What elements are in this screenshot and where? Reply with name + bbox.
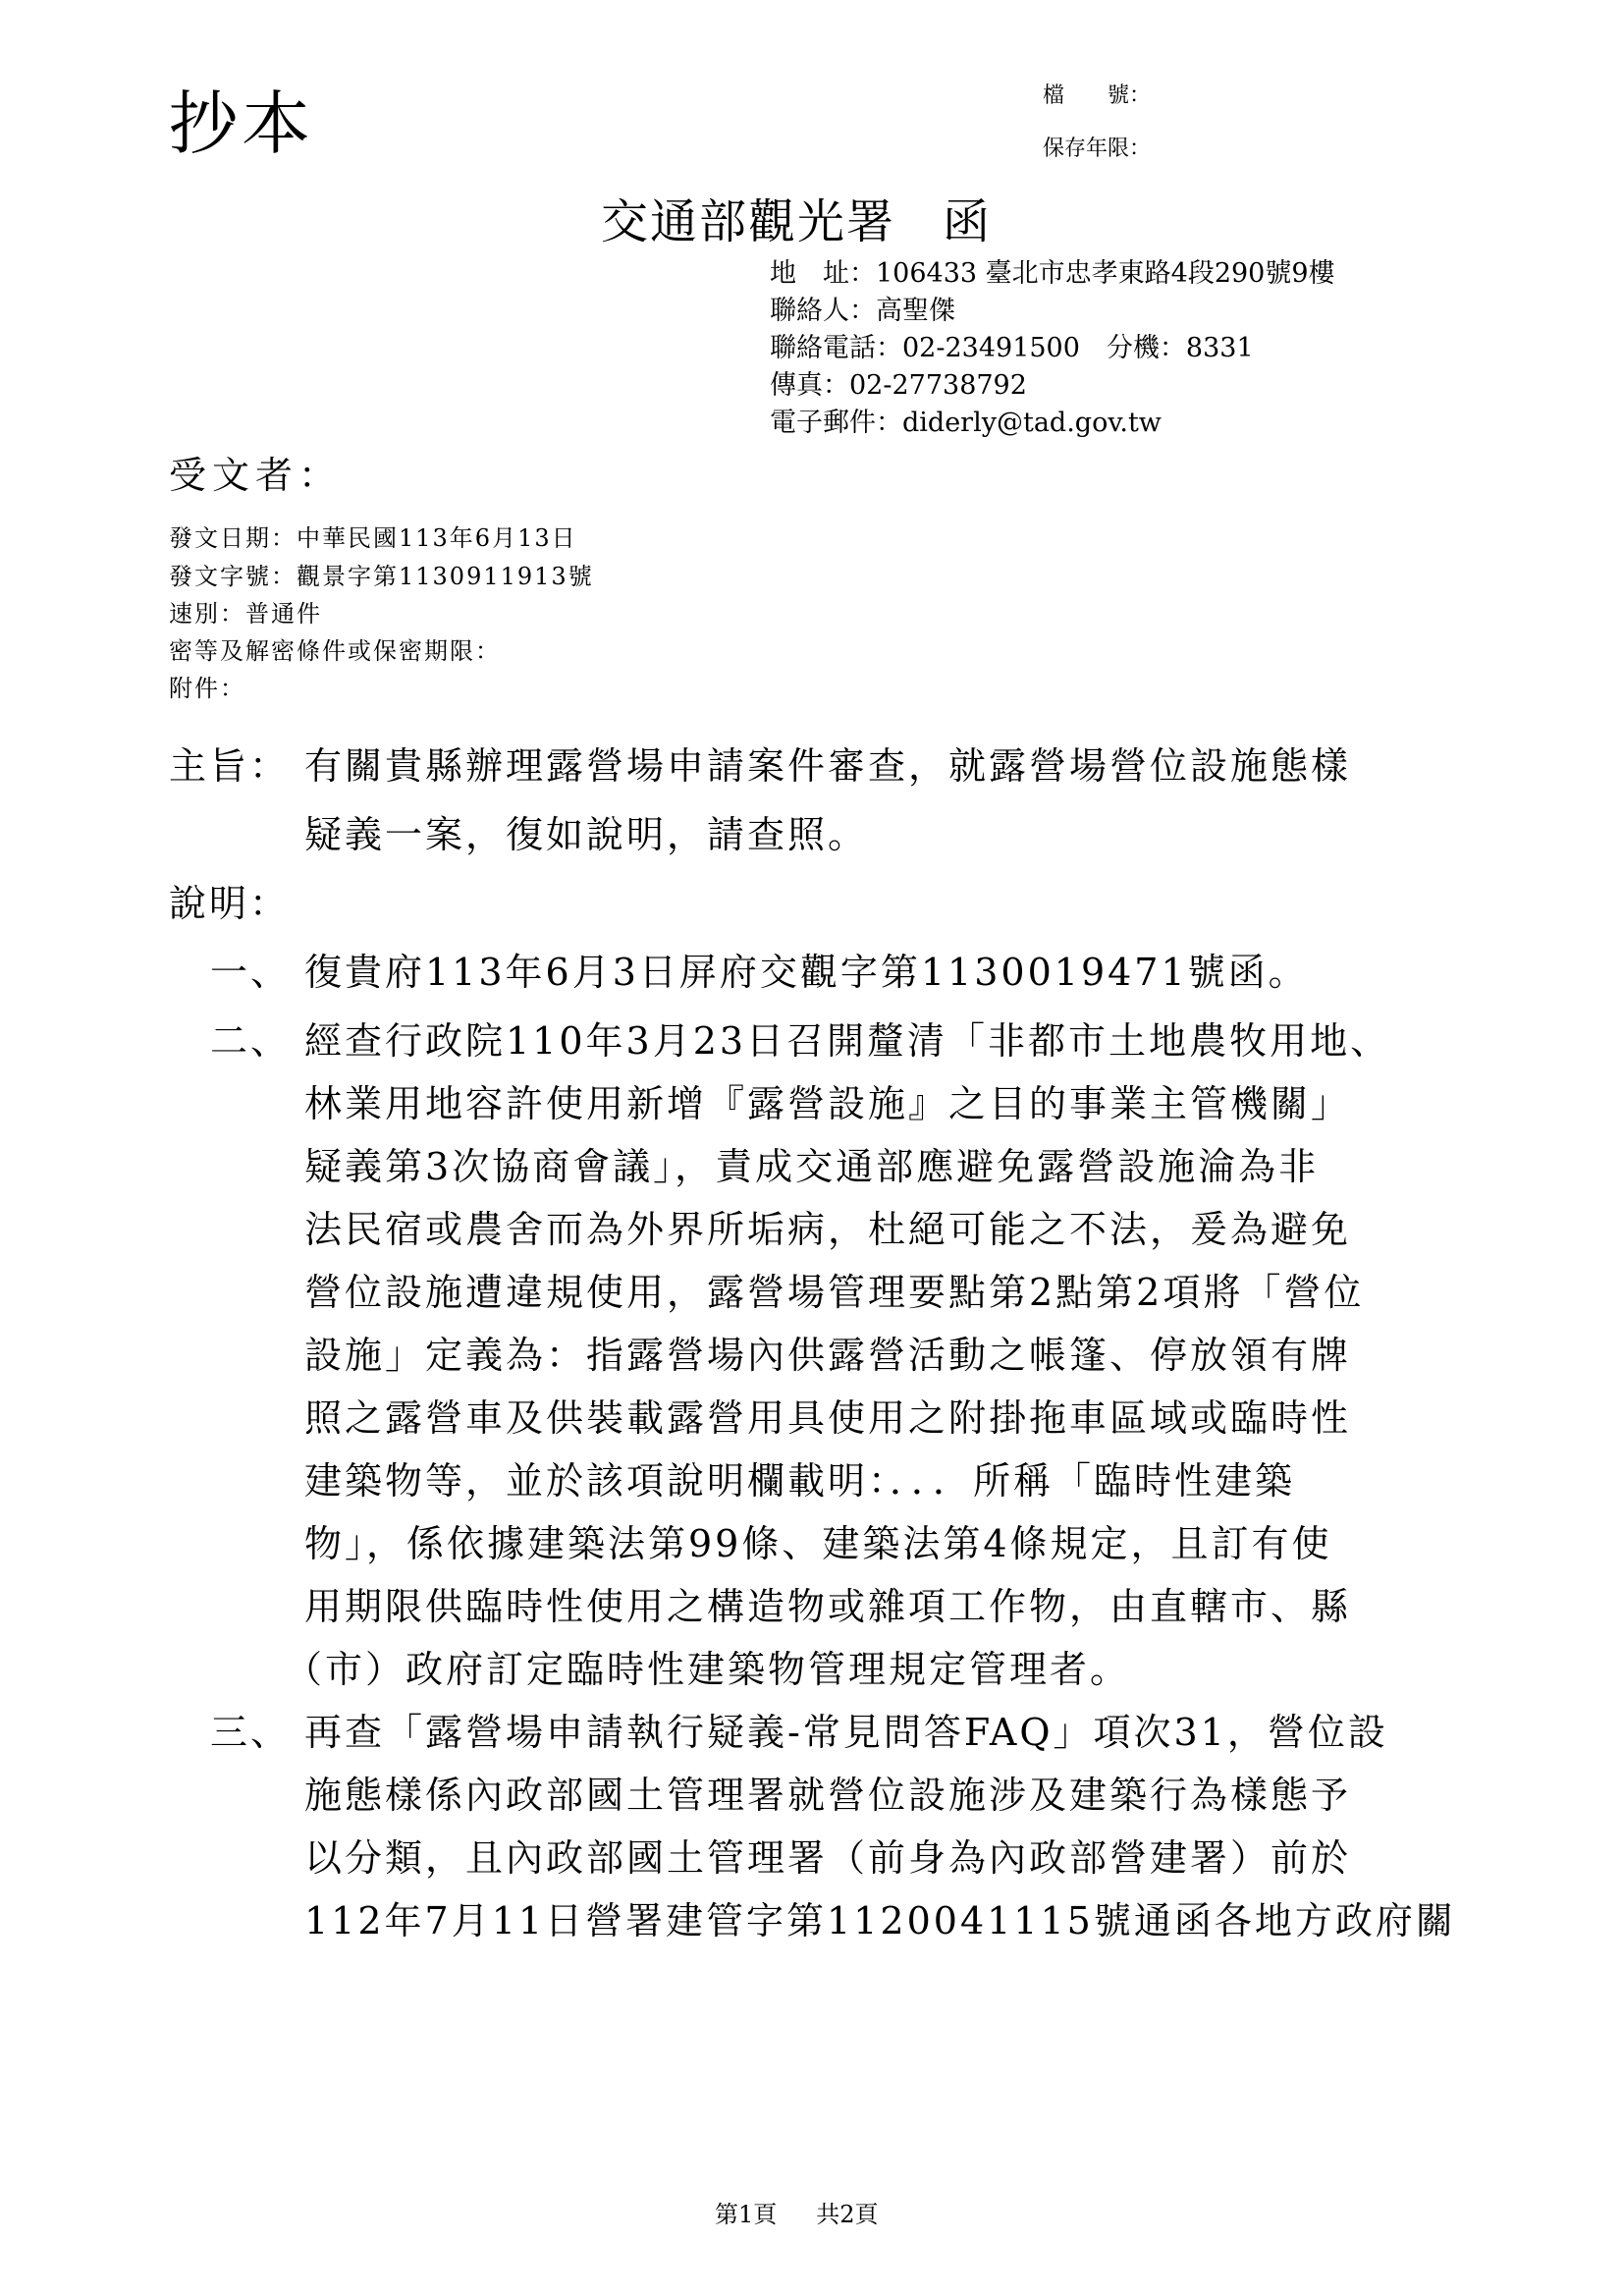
item-line: 設施」定義為：指露營場內供露營活動之帳篷、停放領有牌 bbox=[304, 1332, 1351, 1379]
item-line: 法民宿或農舍而為外界所垢病，杜絕可能之不法，爰為避免 bbox=[304, 1206, 1351, 1253]
contact-person: 聯絡人：高聖傑 bbox=[770, 295, 955, 328]
item-line: （市）政府訂定臨時性建築物管理規定管理者。 bbox=[285, 1646, 1130, 1693]
page-current: 第1頁 bbox=[715, 2201, 777, 2228]
item-line: 112年7月11日營署建管字第1120041115號通函各地方政府關 bbox=[304, 1897, 1456, 1944]
item-line: 施態樣係內政部國土管理署就營位設施涉及建築行為樣態予 bbox=[304, 1772, 1351, 1819]
page-total: 共2頁 bbox=[816, 2201, 878, 2228]
item-line: 用期限供臨時性使用之構造物或雜項工作物，由直轄市、縣 bbox=[304, 1583, 1351, 1630]
subject-line: 疑義一案，復如說明，請查照。 bbox=[304, 811, 868, 858]
item-line: 照之露營車及供裝載露營用具使用之附掛拖車區域或臨時性 bbox=[304, 1394, 1351, 1442]
file-number-field: 檔號： bbox=[1043, 82, 1151, 110]
item-line: 以分類，且內政部國土管理署（前身為內政部營建署）前於 bbox=[304, 1834, 1351, 1882]
item-line: 林業用地容許使用新增『露營設施』之目的事業主管機關」 bbox=[304, 1080, 1351, 1127]
doc-type: 函 bbox=[943, 194, 992, 249]
item-line: 物」，係依據建築法第99條、建築法第4條規定，且訂有使 bbox=[304, 1520, 1332, 1567]
item-line: 營位設施遭違規使用，露營場管理要點第2點第2項將「營位 bbox=[304, 1269, 1364, 1316]
subject-label: 主旨： bbox=[169, 742, 290, 790]
item-line: 經查行政院110年3月23日召開釐清「非都市土地農牧用地、 bbox=[304, 1017, 1390, 1065]
item-line: 再查「露營場申請執行疑義-常見問答FAQ」項次31，營位設 bbox=[304, 1709, 1388, 1756]
item-marker: 三、 bbox=[210, 1709, 291, 1756]
contact-fax: 傳真：02-27738792 bbox=[770, 369, 1027, 403]
recipient-label: 受文者： bbox=[169, 452, 342, 499]
letterhead-title: 交通部觀光署函 bbox=[601, 192, 992, 251]
explanation-label: 說明： bbox=[169, 880, 290, 927]
file-number-label-b: 號： bbox=[1108, 83, 1151, 108]
item-line: 建築物等，並於該項說明欄載明：．．．所稱「臨時性建築 bbox=[304, 1457, 1295, 1504]
delivery-speed: 速別：普通件 bbox=[169, 599, 322, 629]
contact-phone: 聯絡電話：02-23491500 分機：8331 bbox=[770, 332, 1254, 365]
file-number-label-a: 檔 bbox=[1043, 83, 1064, 108]
copy-mark: 抄本 bbox=[169, 84, 314, 163]
agency-name: 交通部觀光署 bbox=[601, 194, 895, 249]
confidentiality: 密等及解密條件或保密期限： bbox=[169, 636, 501, 667]
page-indicator: 第1頁共2頁 bbox=[715, 2200, 879, 2229]
item-marker: 一、 bbox=[210, 949, 291, 996]
retention-period-field: 保存年限： bbox=[1043, 136, 1151, 163]
issue-number: 發文字號：觀景字第1130911913號 bbox=[169, 562, 594, 592]
item-line: 復貴府113年6月3日屏府交觀字第1130019471號函。 bbox=[304, 949, 1309, 996]
contact-email: 電子郵件：diderly@tad.gov.tw bbox=[770, 407, 1162, 440]
item-marker: 二、 bbox=[210, 1017, 291, 1065]
attachment: 附件： bbox=[169, 674, 245, 704]
issue-date: 發文日期：中華民國113年6月13日 bbox=[169, 523, 577, 554]
contact-address: 地 址：106433 臺北市忠孝東路4段290號9樓 bbox=[770, 257, 1335, 291]
subject-line: 有關貴縣辦理露營場申請案件審查，就露營場營位設施態樣 bbox=[304, 742, 1351, 790]
item-line: 疑義第3次協商會議」，責成交通部應避免露營設施淪為非 bbox=[304, 1143, 1319, 1190]
